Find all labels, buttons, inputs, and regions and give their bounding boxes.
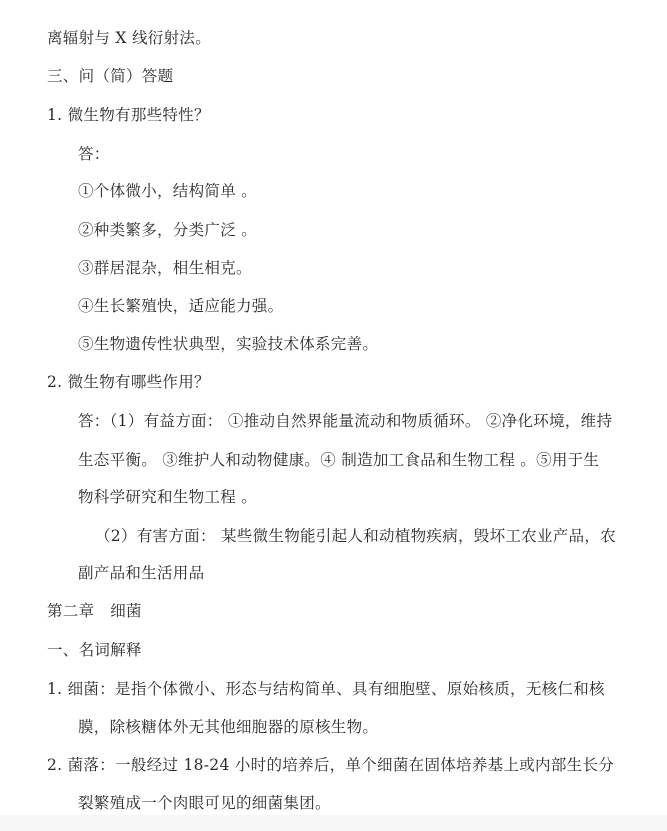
answer-label: 答：: [78, 144, 110, 164]
answer-item-4: ④生长繁殖快，适应能力强。: [78, 296, 283, 316]
term-1-line-1: 1. 细菌：是指个体微小、形态与结构简单、具有细胞壁、原始核质，无核仁和核: [47, 679, 605, 699]
question-2: 2. 微生物有哪些作用？: [47, 372, 210, 392]
answer-2-beneficial-line-3: 物科学研究和生物工程 。: [78, 487, 257, 507]
chapter-heading: 第二章 细菌: [47, 601, 142, 621]
answer-2-harmful-line-1: （2）有害方面： 某些微生物能引起人和动植物疾病，毁坏工农业产品，农: [95, 526, 616, 546]
answer-item-3: ③群居混杂，相生相克。: [78, 258, 252, 278]
text-line-continuation: 离辐射与 X 线衍射法。: [47, 28, 211, 48]
term-1-line-2: 膜，除核糖体外无其他细胞器的原核生物。: [78, 717, 378, 737]
term-2-line-2: 裂繁殖成一个肉眼可见的细菌集团。: [78, 793, 331, 813]
page-bottom-edge: [0, 815, 667, 831]
answer-2-harmful-line-2: 副产品和生活用品: [78, 563, 204, 583]
answer-item-1: ①个体微小，结构简单 。: [78, 181, 257, 201]
answer-item-2: ②种类繁多，分类广泛 。: [78, 220, 257, 240]
question-1: 1. 微生物有那些特性？: [47, 105, 210, 125]
section-heading-qa: 三、问（简）答题: [47, 66, 173, 86]
answer-item-5: ⑤生物遗传性状典型，实验技术体系完善。: [78, 334, 378, 354]
answer-2-beneficial-line-2: 生态平衡。 ③维护人和动物健康。④ 制造加工食品和生物工程 。⑤用于生: [78, 450, 599, 470]
section-heading-terms: 一、名词解释: [47, 640, 142, 660]
document-page: 离辐射与 X 线衍射法。 三、问（简）答题 1. 微生物有那些特性？ 答： ①个…: [0, 0, 667, 831]
term-2-line-1: 2. 菌落：一般经过 18-24 小时的培养后，单个细菌在固体培养基上或内部生长…: [47, 755, 614, 775]
answer-2-beneficial-line-1: 答：（1）有益方面： ①推动自然界能量流动和物质循环。 ②净化环境，维持: [78, 411, 612, 431]
